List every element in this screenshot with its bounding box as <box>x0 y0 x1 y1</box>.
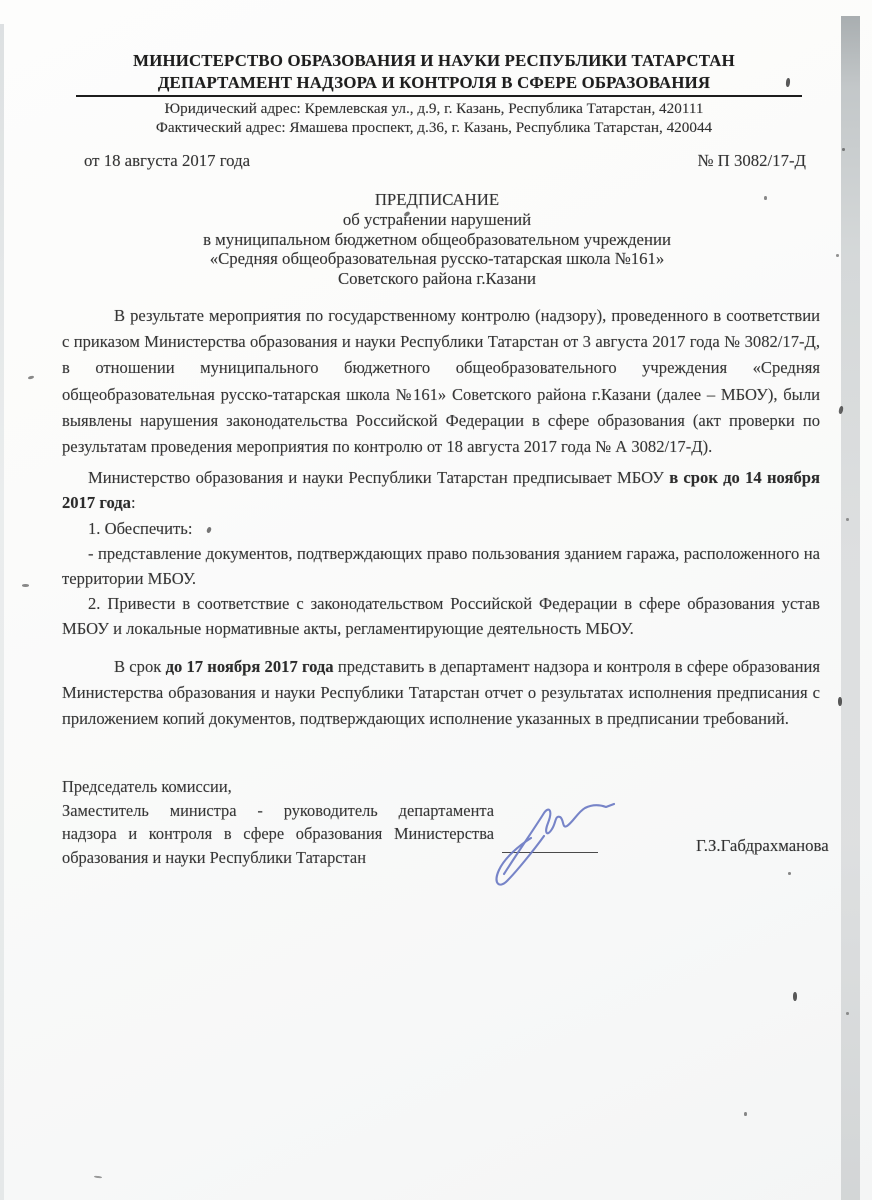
scan-speck <box>838 697 842 706</box>
list-item-1: 1. Обеспечить: <box>62 516 820 541</box>
scan-speck <box>22 584 29 587</box>
document-date: от 18 августа 2017 года <box>84 151 250 171</box>
scan-speck <box>764 196 767 200</box>
scan-speck <box>846 1012 849 1015</box>
prescription-colon: : <box>131 493 136 512</box>
document-body: В результате мероприятия по государствен… <box>62 303 820 732</box>
scan-speck <box>28 375 35 379</box>
document-title: ПРЕДПИСАНИЕ об устранении нарушений в му… <box>56 190 818 289</box>
org-addresses: Юридический адрес: Кремлевская ул., д.9,… <box>70 100 798 137</box>
position-line: образования и науки Республики Татарстан <box>62 846 494 870</box>
paragraph-violations: В результате мероприятия по государствен… <box>62 303 820 460</box>
document-number: № П 3082/17-Д <box>697 151 806 171</box>
scan-speck <box>842 148 845 151</box>
scanned-document-page: МИНИСТЕРСТВО ОБРАЗОВАНИЯ И НАУКИ РЕСПУБЛ… <box>0 0 872 1200</box>
signatory-name: Г.З.Габдрахманова <box>696 836 829 856</box>
title-line: Советского района г.Казани <box>56 269 818 289</box>
position-line: Заместитель министра - руководитель депа… <box>62 799 494 823</box>
scan-speck <box>744 1112 747 1116</box>
scan-speck <box>793 992 797 1001</box>
org-name-line1: МИНИСТЕРСТВО ОБРАЗОВАНИЯ И НАУКИ РЕСПУБЛ… <box>70 50 798 72</box>
date-number-row: от 18 августа 2017 года № П 3082/17-Д <box>84 151 806 171</box>
signatory-position: Председатель комиссии, Заместитель минис… <box>62 775 494 869</box>
title-line: об устранении нарушений <box>56 210 818 230</box>
scan-right-shadow-band <box>841 16 860 1200</box>
position-line: Председатель комиссии, <box>62 775 494 799</box>
deadline-2: до 17 ноября 2017 года <box>166 657 334 676</box>
list-item-2: 2. Привести в соответствие с законодател… <box>62 591 820 641</box>
report-text-pre: В срок <box>114 657 166 676</box>
position-line: надзора и контроля в сфере образования М… <box>62 822 494 846</box>
title-line: ПРЕДПИСАНИЕ <box>56 190 818 210</box>
scan-speck <box>788 872 791 875</box>
title-line: в муниципальном бюджетном общеобразовате… <box>56 230 818 250</box>
legal-address: Юридический адрес: Кремлевская ул., д.9,… <box>70 100 798 119</box>
paragraph-prescription: Министерство образования и науки Республ… <box>62 465 820 515</box>
scan-speck <box>846 518 849 521</box>
header-divider <box>76 95 802 97</box>
paragraph-report: В срок до 17 ноября 2017 года представит… <box>62 654 820 733</box>
org-name-line2: ДЕПАРТАМЕНТ НАДЗОРА И КОНТРОЛЯ В СФЕРЕ О… <box>70 72 798 94</box>
scan-left-edge <box>0 24 4 1200</box>
scan-speck <box>836 254 839 257</box>
prescription-text: Министерство образования и науки Республ… <box>88 468 669 487</box>
title-line: «Средняя общеобразовательная русско-тата… <box>56 249 818 269</box>
scan-speck <box>94 1176 102 1179</box>
actual-address: Фактический адрес: Ямашева проспект, д.3… <box>70 119 798 138</box>
org-header: МИНИСТЕРСТВО ОБРАЗОВАНИЯ И НАУКИ РЕСПУБЛ… <box>70 50 798 93</box>
handwritten-signature <box>488 800 622 892</box>
list-item-1-sub: - представление документов, подтверждающ… <box>62 541 820 591</box>
